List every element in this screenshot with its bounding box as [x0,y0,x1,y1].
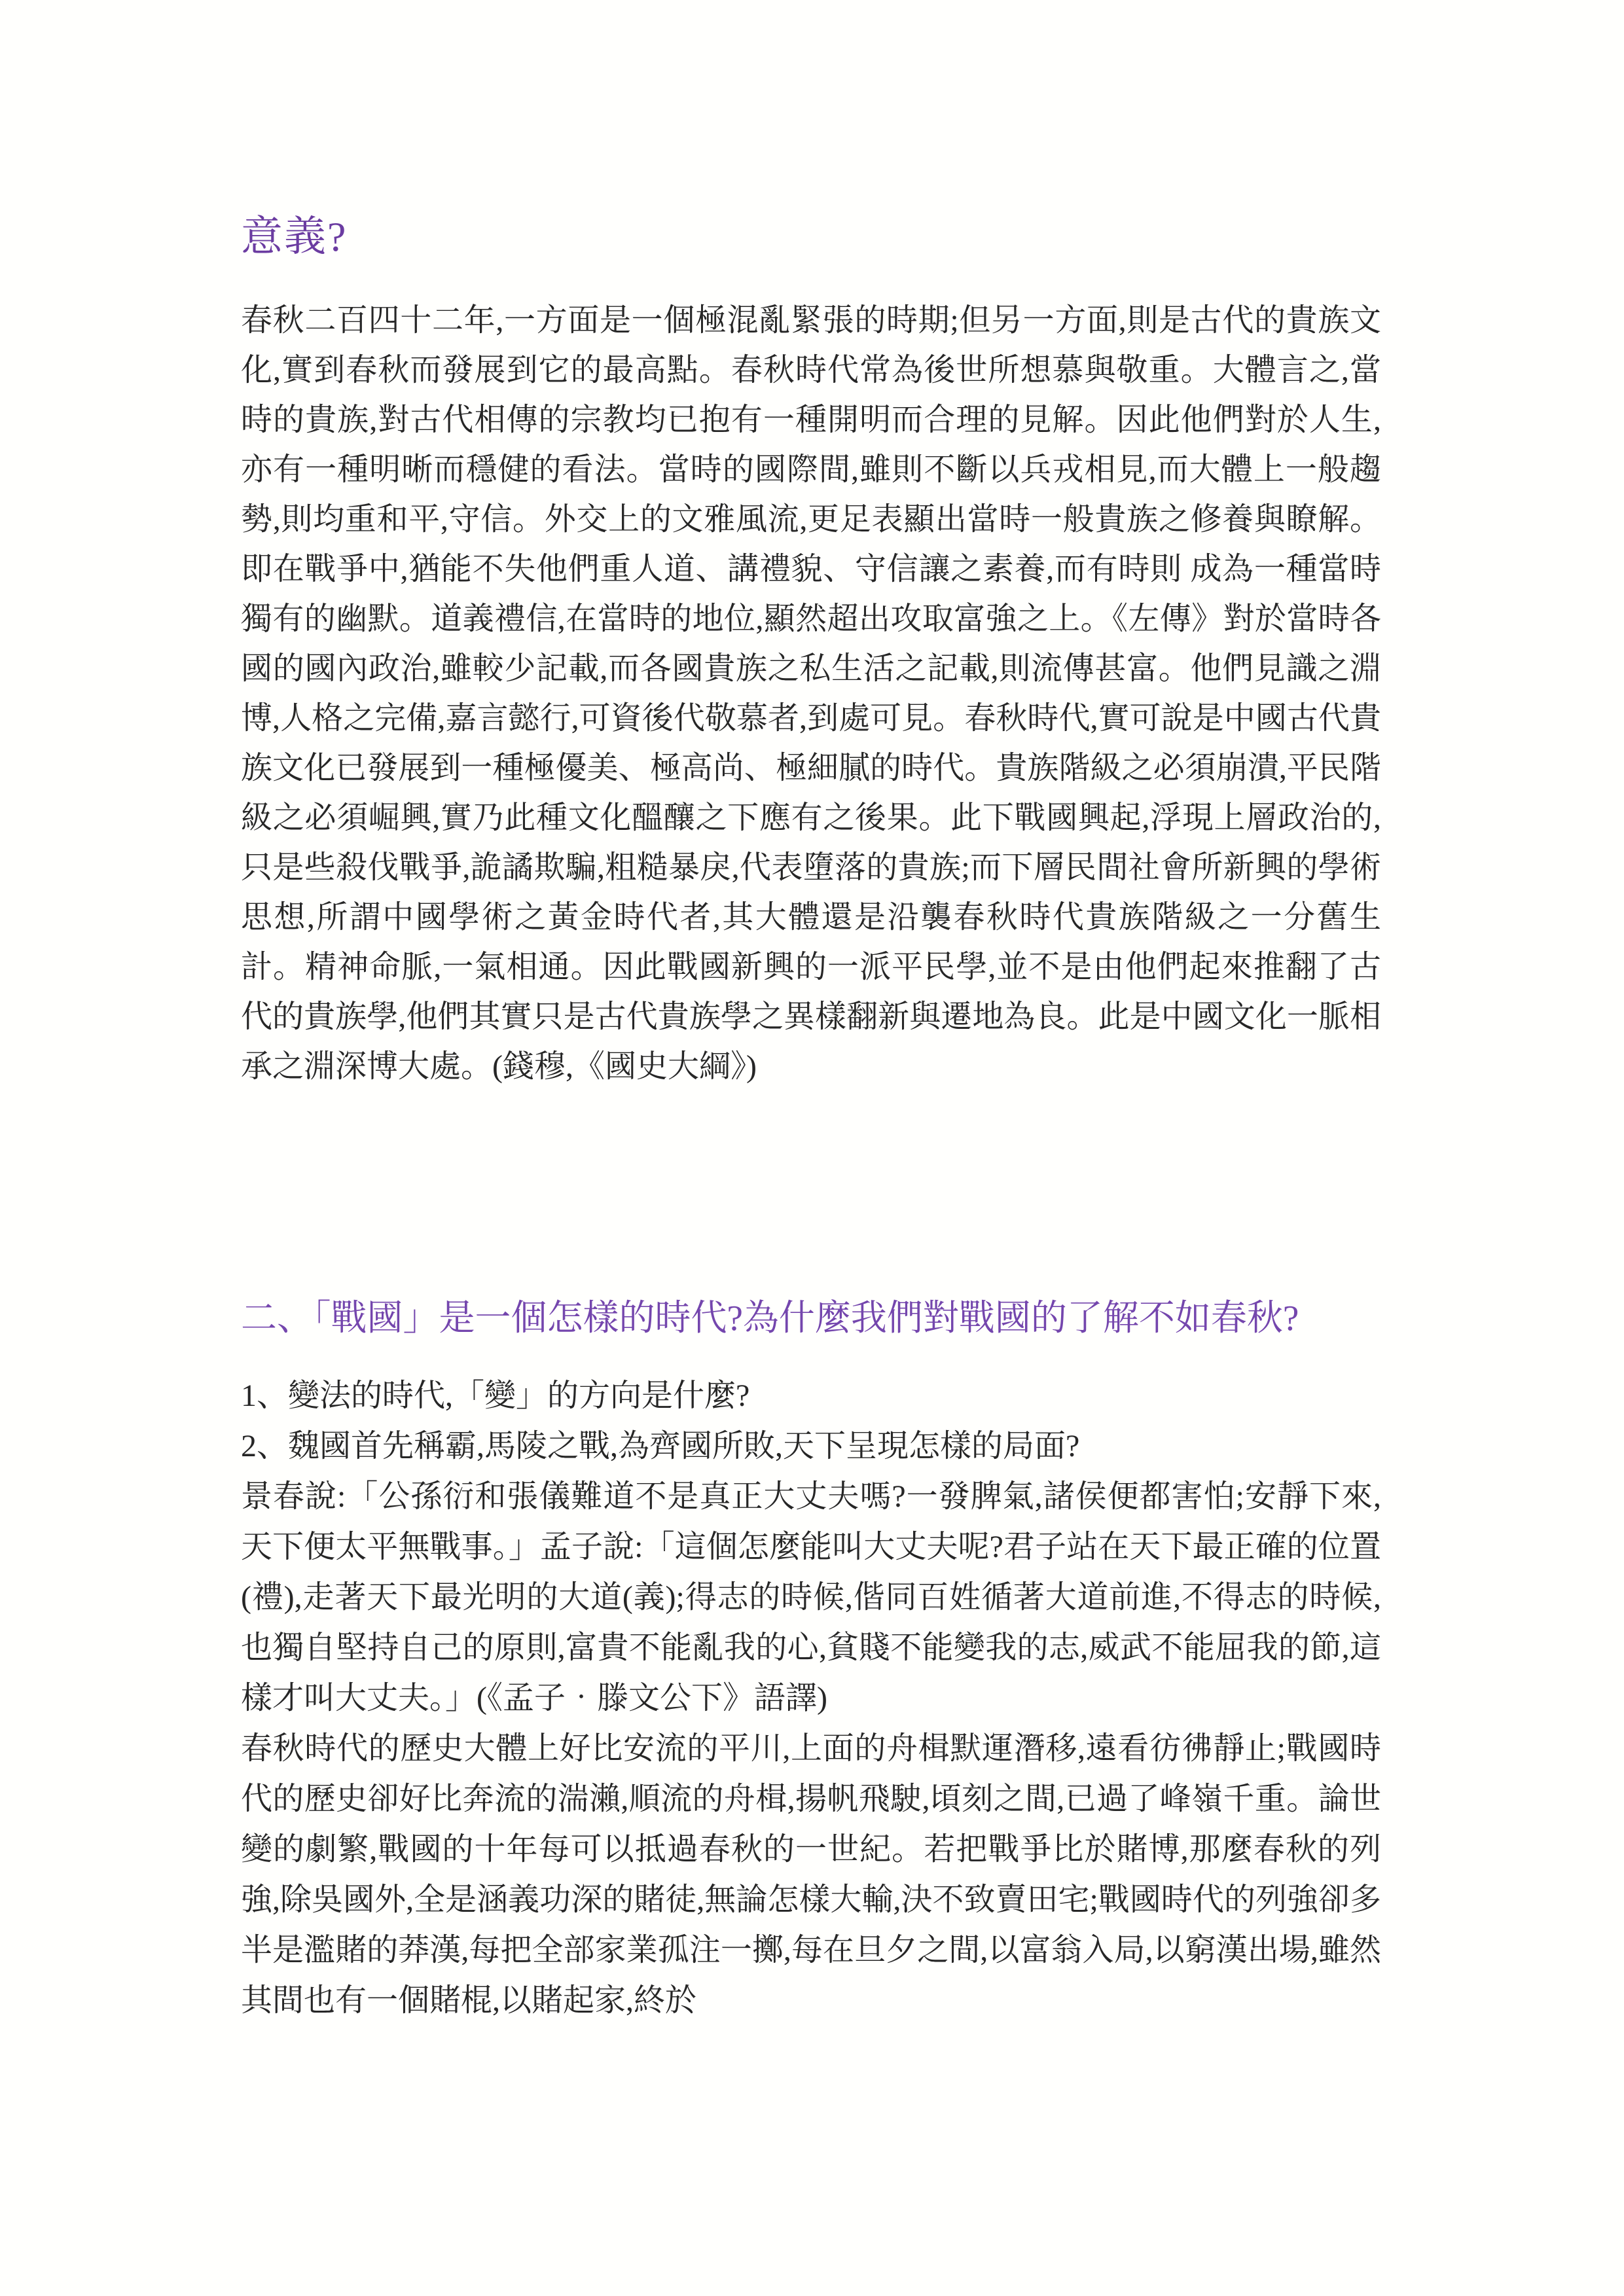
section1-heading: 意義? [241,211,1381,263]
section1-paragraph: 春秋二百四十二年,一方面是一個極混亂緊張的時期;但另一方面,則是古代的貴族文化,… [241,296,1381,1092]
question-1: 1、變法的時代,「變」的方向是什麼? [241,1371,1381,1421]
section2-heading: 二、「戰國」是一個怎樣的時代?為什麼我們對戰國的了解不如春秋? [241,1295,1381,1342]
question-2: 2、魏國首先稱霸,馬陵之戰,為齊國所敗,天下呈現怎樣的局面? [241,1421,1381,1471]
mencius-quote-paragraph: 景春說:「公孫衍和張儀難道不是真正大丈夫嗎?一發脾氣,諸侯便都害怕;安靜下來,天… [241,1471,1381,1723]
section2-body: 1、變法的時代,「變」的方向是什麼? 2、魏國首先稱霸,馬陵之戰,為齊國所敗,天… [241,1371,1381,2026]
document-page: 意義? 春秋二百四十二年,一方面是一個極混亂緊張的時期;但另一方面,則是古代的貴… [0,0,1624,2296]
section2-paragraph: 春秋時代的歷史大體上好比安流的平川,上面的舟楫默運潛移,遠看彷彿靜止;戰國時代的… [241,1723,1381,2026]
